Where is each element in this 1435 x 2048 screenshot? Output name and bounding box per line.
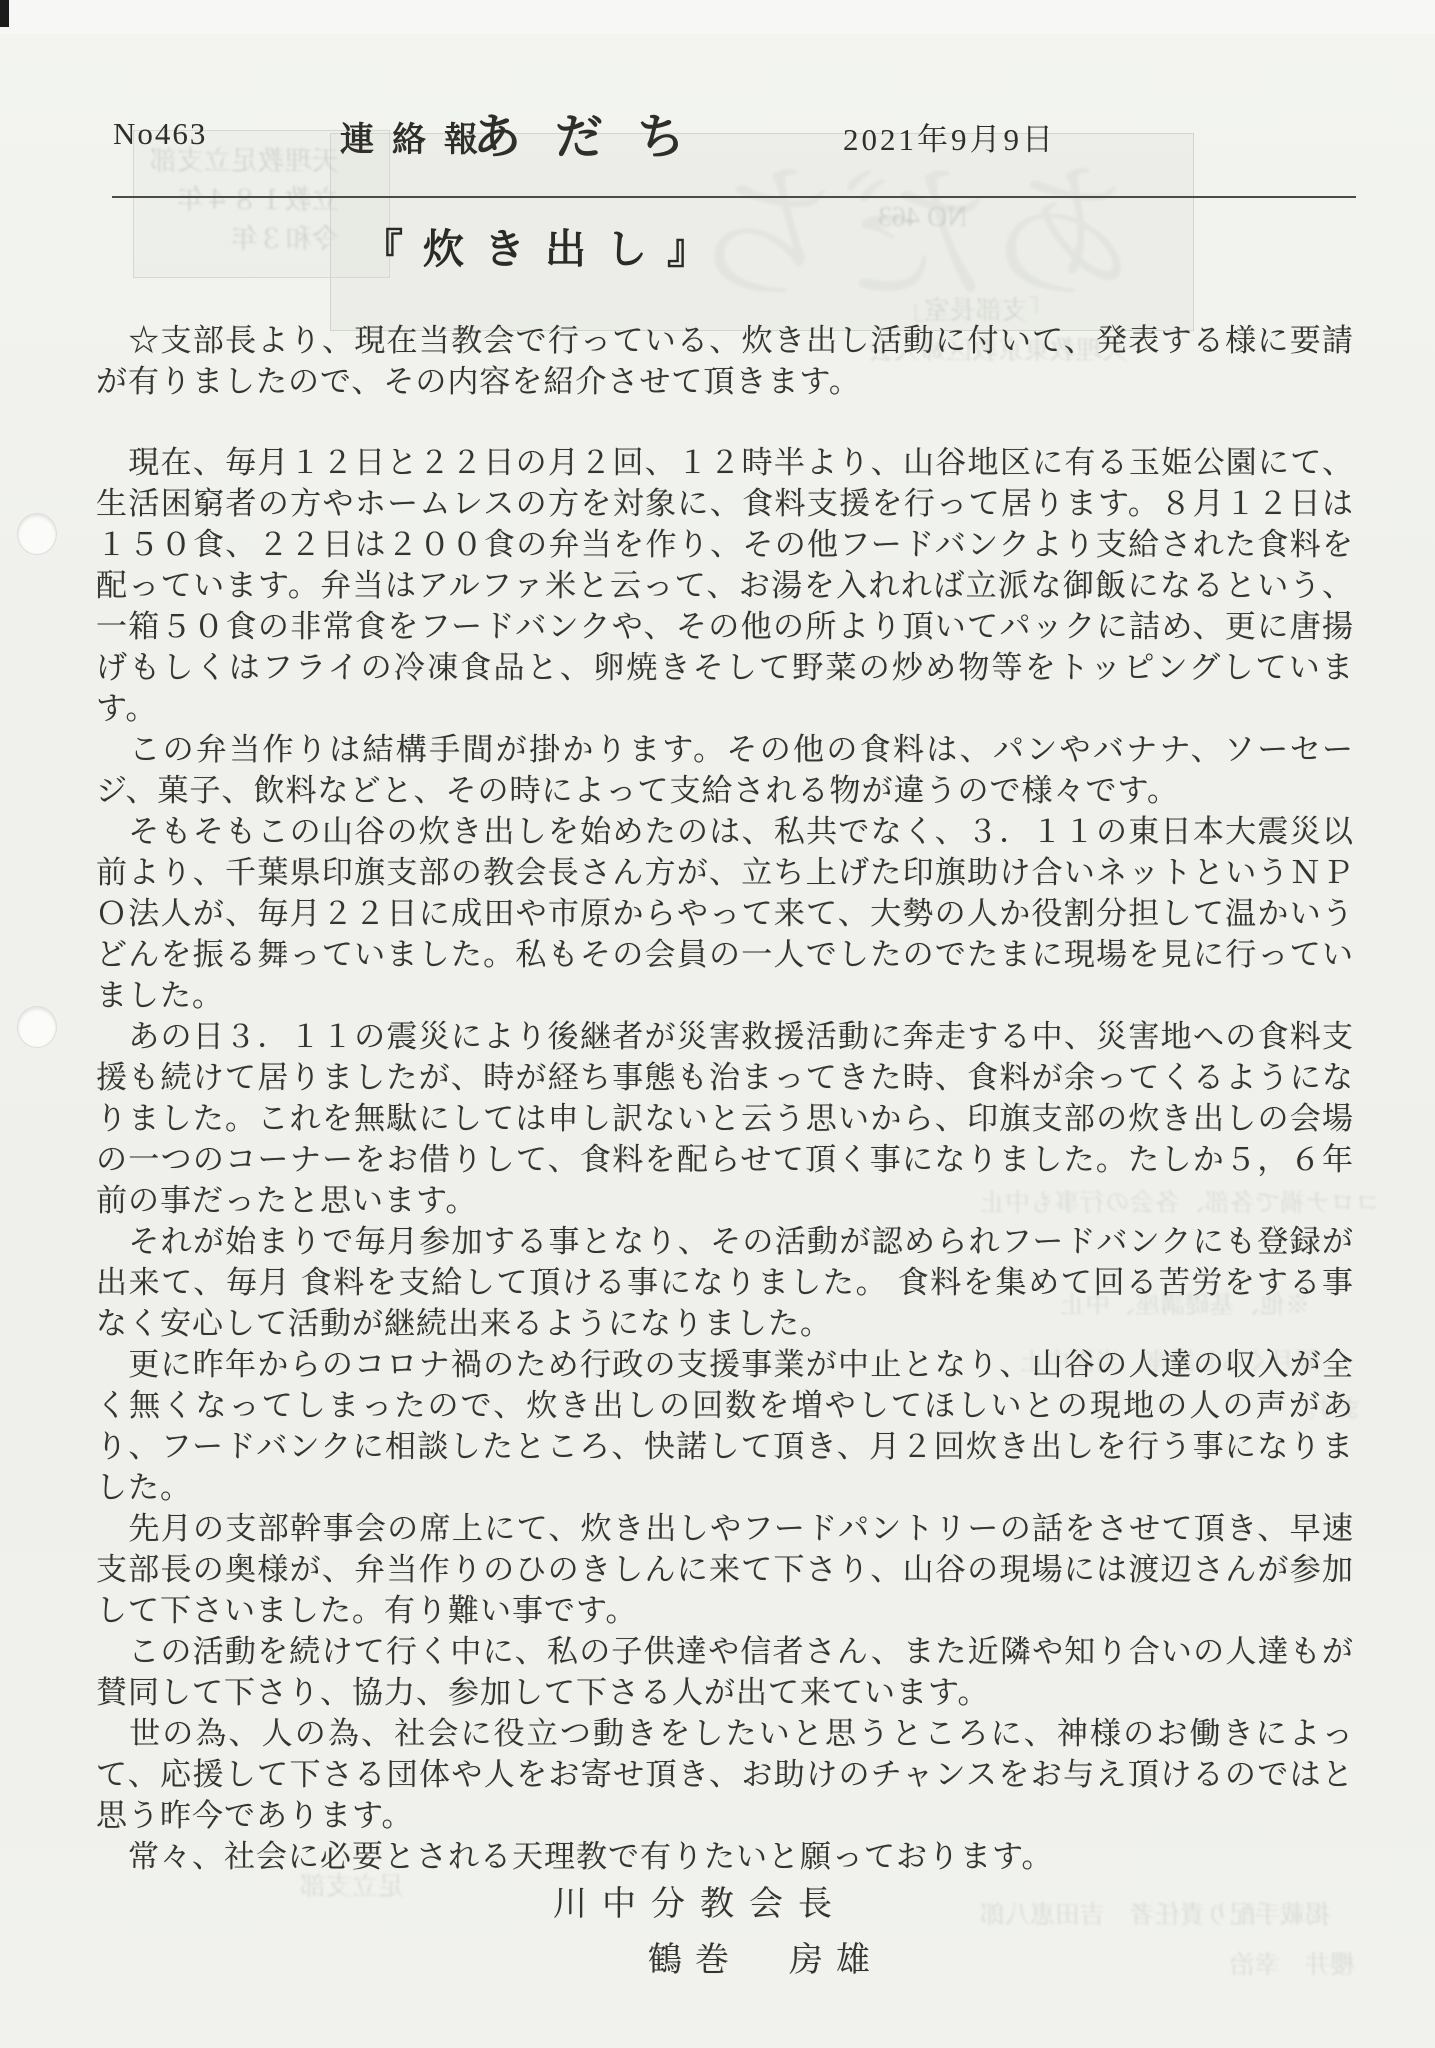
body-paragraph: あの日３．１１の震災により後継者が災害救援活動に奔走する中、災害地への食料支援も… (96, 1016, 1354, 1221)
masthead-title: あだち (473, 98, 719, 167)
bleedthrough-text: 櫻井 幸治 (1230, 1948, 1355, 1984)
bleedthrough-text: 掲載手配り責任者 吉田恵八郎 (980, 1898, 1330, 1934)
body-paragraph: この弁当作りは結構手間が掛かります。その他の食料は、パンやバナナ、ソーセージ、菓… (96, 729, 1354, 811)
scan-corner-artifact (0, 0, 9, 27)
body-paragraph: 先月の支部幹事会の席上にて、炊き出しやフードパントリーの話をさせて頂き、早速支部… (96, 1508, 1354, 1631)
issue-number: No463 (113, 116, 207, 152)
body-paragraph: 世の為、人の為、社会に役立つ動きをしたいと思うところに、神様のお働きによって、応… (96, 1713, 1354, 1836)
bleedthrough-text: 天理教足立支部 立教１８４年 令和３年 (150, 142, 339, 259)
article-body: ☆支部長より、現在当教会で行っている、炊き出し活動に付いて、発表する様に要請が有… (96, 320, 1354, 1877)
punch-hole-top (17, 513, 57, 555)
body-paragraph: 更に昨年からのコロナ禍のため行政の支援事業が中止となり、山谷の人達の収入が全く無… (96, 1344, 1354, 1508)
scanned-newsletter-page: 天理教足立支部 立教１８４年 令和３年NO 463あだち「支部長室」天理教東京教… (0, 0, 1435, 2048)
intro-paragraph: ☆支部長より、現在当教会で行っている、炊き出し活動に付いて、発表する様に要請が有… (96, 320, 1354, 402)
issue-date: 2021年9月9日 (843, 114, 1056, 159)
signature-name: 鶴巻 房雄 (648, 1932, 883, 1981)
body-paragraph: 常々、社会に必要とされる天理教で有りたいと願っております。 (96, 1836, 1354, 1877)
body-paragraph: 現在、毎月１２日と２２日の月２回、１２時半より、山谷地区に有る玉姫公園にて、生活… (96, 442, 1354, 729)
punch-hole-bottom (17, 1006, 57, 1048)
scan-edge-strip (0, 0, 1435, 34)
body-paragraph: この活動を続けて行く中に、私の子供達や信者さん、また近隣や知り合いの人達もが賛同… (96, 1631, 1354, 1713)
signature-role: 川中分教会長 (553, 1876, 847, 1925)
body-paragraph: そもそもこの山谷の炊き出しを始めたのは、私共でなく、３．１１の東日本大震災以前よ… (96, 811, 1354, 1016)
article-title: 『炊き出し』 (362, 216, 728, 275)
header-divider (112, 196, 1356, 198)
body-paragraphs: 現在、毎月１２日と２２日の月２回、１２時半より、山谷地区に有る玉姫公園にて、生活… (96, 442, 1354, 1877)
body-paragraph: それが始まりで毎月参加する事となり、その活動が認められフードバンクにも登録が出来… (96, 1221, 1354, 1344)
